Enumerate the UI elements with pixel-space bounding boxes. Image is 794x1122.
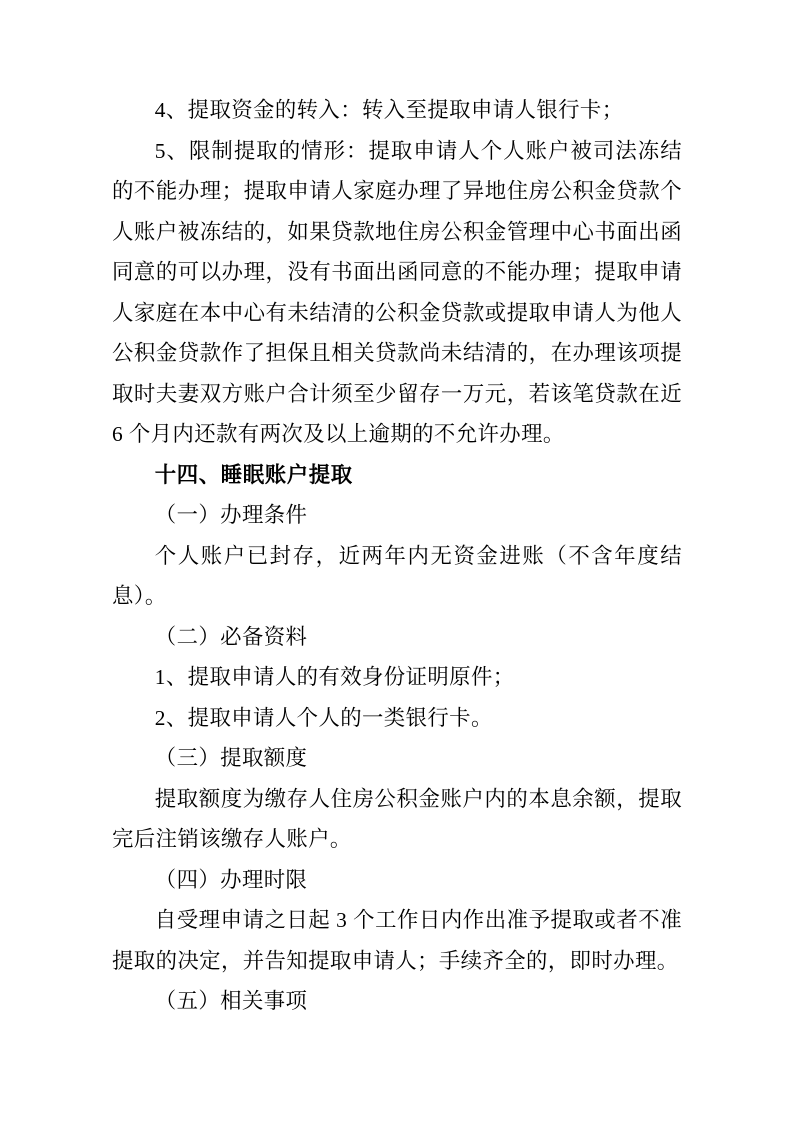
subsection-2-title: （二）必备资料 xyxy=(112,617,682,658)
document-page: 4、提取资金的转入：转入至提取申请人银行卡； 5、限制提取的情形：提取申请人个人… xyxy=(0,0,794,1122)
subsection-1-body: 个人账户已封存，近两年内无资金进账（不含年度结息）。 xyxy=(112,536,682,617)
paragraph-item-4: 4、提取资金的转入：转入至提取申请人银行卡； xyxy=(112,90,682,131)
subsection-5-title: （五）相关事项 xyxy=(112,981,682,1022)
subsection-1-title: （一）办理条件 xyxy=(112,495,682,536)
subsection-2-item-2: 2、提取申请人个人的一类银行卡。 xyxy=(112,698,682,739)
subsection-3-title: （三）提取额度 xyxy=(112,738,682,779)
subsection-4-title: （四）办理时限 xyxy=(112,860,682,901)
subsection-3-body: 提取额度为缴存人住房公积金账户内的本息余额，提取完后注销该缴存人账户。 xyxy=(112,779,682,860)
subsection-2-item-1: 1、提取申请人的有效身份证明原件； xyxy=(112,657,682,698)
section-heading-14: 十四、睡眠账户提取 xyxy=(112,455,682,496)
paragraph-item-5: 5、限制提取的情形：提取申请人个人账户被司法冻结的不能办理；提取申请人家庭办理了… xyxy=(112,131,682,455)
subsection-4-body: 自受理申请之日起 3 个工作日内作出准予提取或者不准提取的决定，并告知提取申请人… xyxy=(112,900,682,981)
